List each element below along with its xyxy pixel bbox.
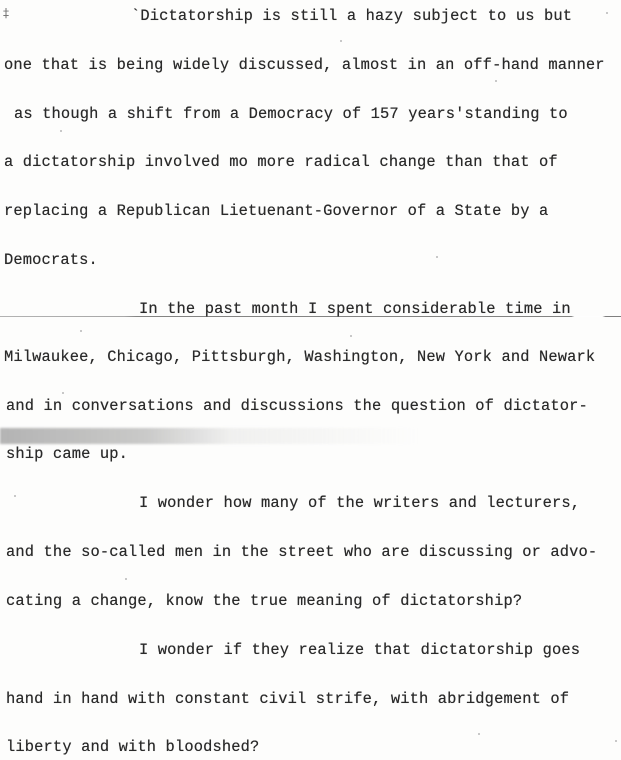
- paper-speck: [615, 740, 617, 742]
- paper-speck: [340, 40, 342, 42]
- paper-speck: [60, 130, 62, 132]
- text-line: hand in hand with constant civil strife,…: [6, 690, 569, 708]
- paper-speck: [495, 80, 497, 82]
- margin-mark: ‡: [3, 6, 9, 20]
- text-line: `Dictatorship is still a hazy subject to…: [131, 7, 572, 25]
- text-line: cating a change, know the true meaning o…: [6, 592, 522, 610]
- text-line: I wonder how many of the writers and lec…: [139, 494, 580, 512]
- text-line: replacing a Republican Lietuenant-Govern…: [4, 202, 548, 220]
- text-line: as though a shift from a Democracy of 15…: [14, 105, 568, 123]
- paper-speck: [350, 335, 352, 337]
- paper-speck: [62, 392, 64, 394]
- text-line: Milwaukee, Chicago, Pittsburgh, Washingt…: [4, 348, 595, 366]
- typewritten-page: ‡ `Dictatorship is still a hazy subject …: [0, 0, 621, 760]
- text-line: In the past month I spent considerable t…: [139, 300, 571, 318]
- text-line: and the so-called men in the street who …: [6, 543, 597, 561]
- text-line: ship came up.: [6, 445, 128, 463]
- text-line: liberty and with bloodshed?: [6, 738, 259, 756]
- paper-smudge: [0, 428, 420, 444]
- paper-speck: [436, 256, 438, 258]
- text-line: Democrats.: [4, 251, 98, 269]
- text-line: a dictatorship involved mo more radical …: [4, 153, 558, 171]
- paper-speck: [478, 733, 480, 735]
- text-line: I wonder if they realize that dictatorsh…: [139, 641, 580, 659]
- paper-speck: [80, 330, 82, 332]
- paper-speck: [14, 495, 16, 497]
- paper-speck: [125, 578, 127, 580]
- paper-speck: [606, 12, 608, 14]
- text-line: one that is being widely discussed, almo…: [4, 56, 605, 74]
- text-line: and in conversations and discussions the…: [6, 397, 588, 415]
